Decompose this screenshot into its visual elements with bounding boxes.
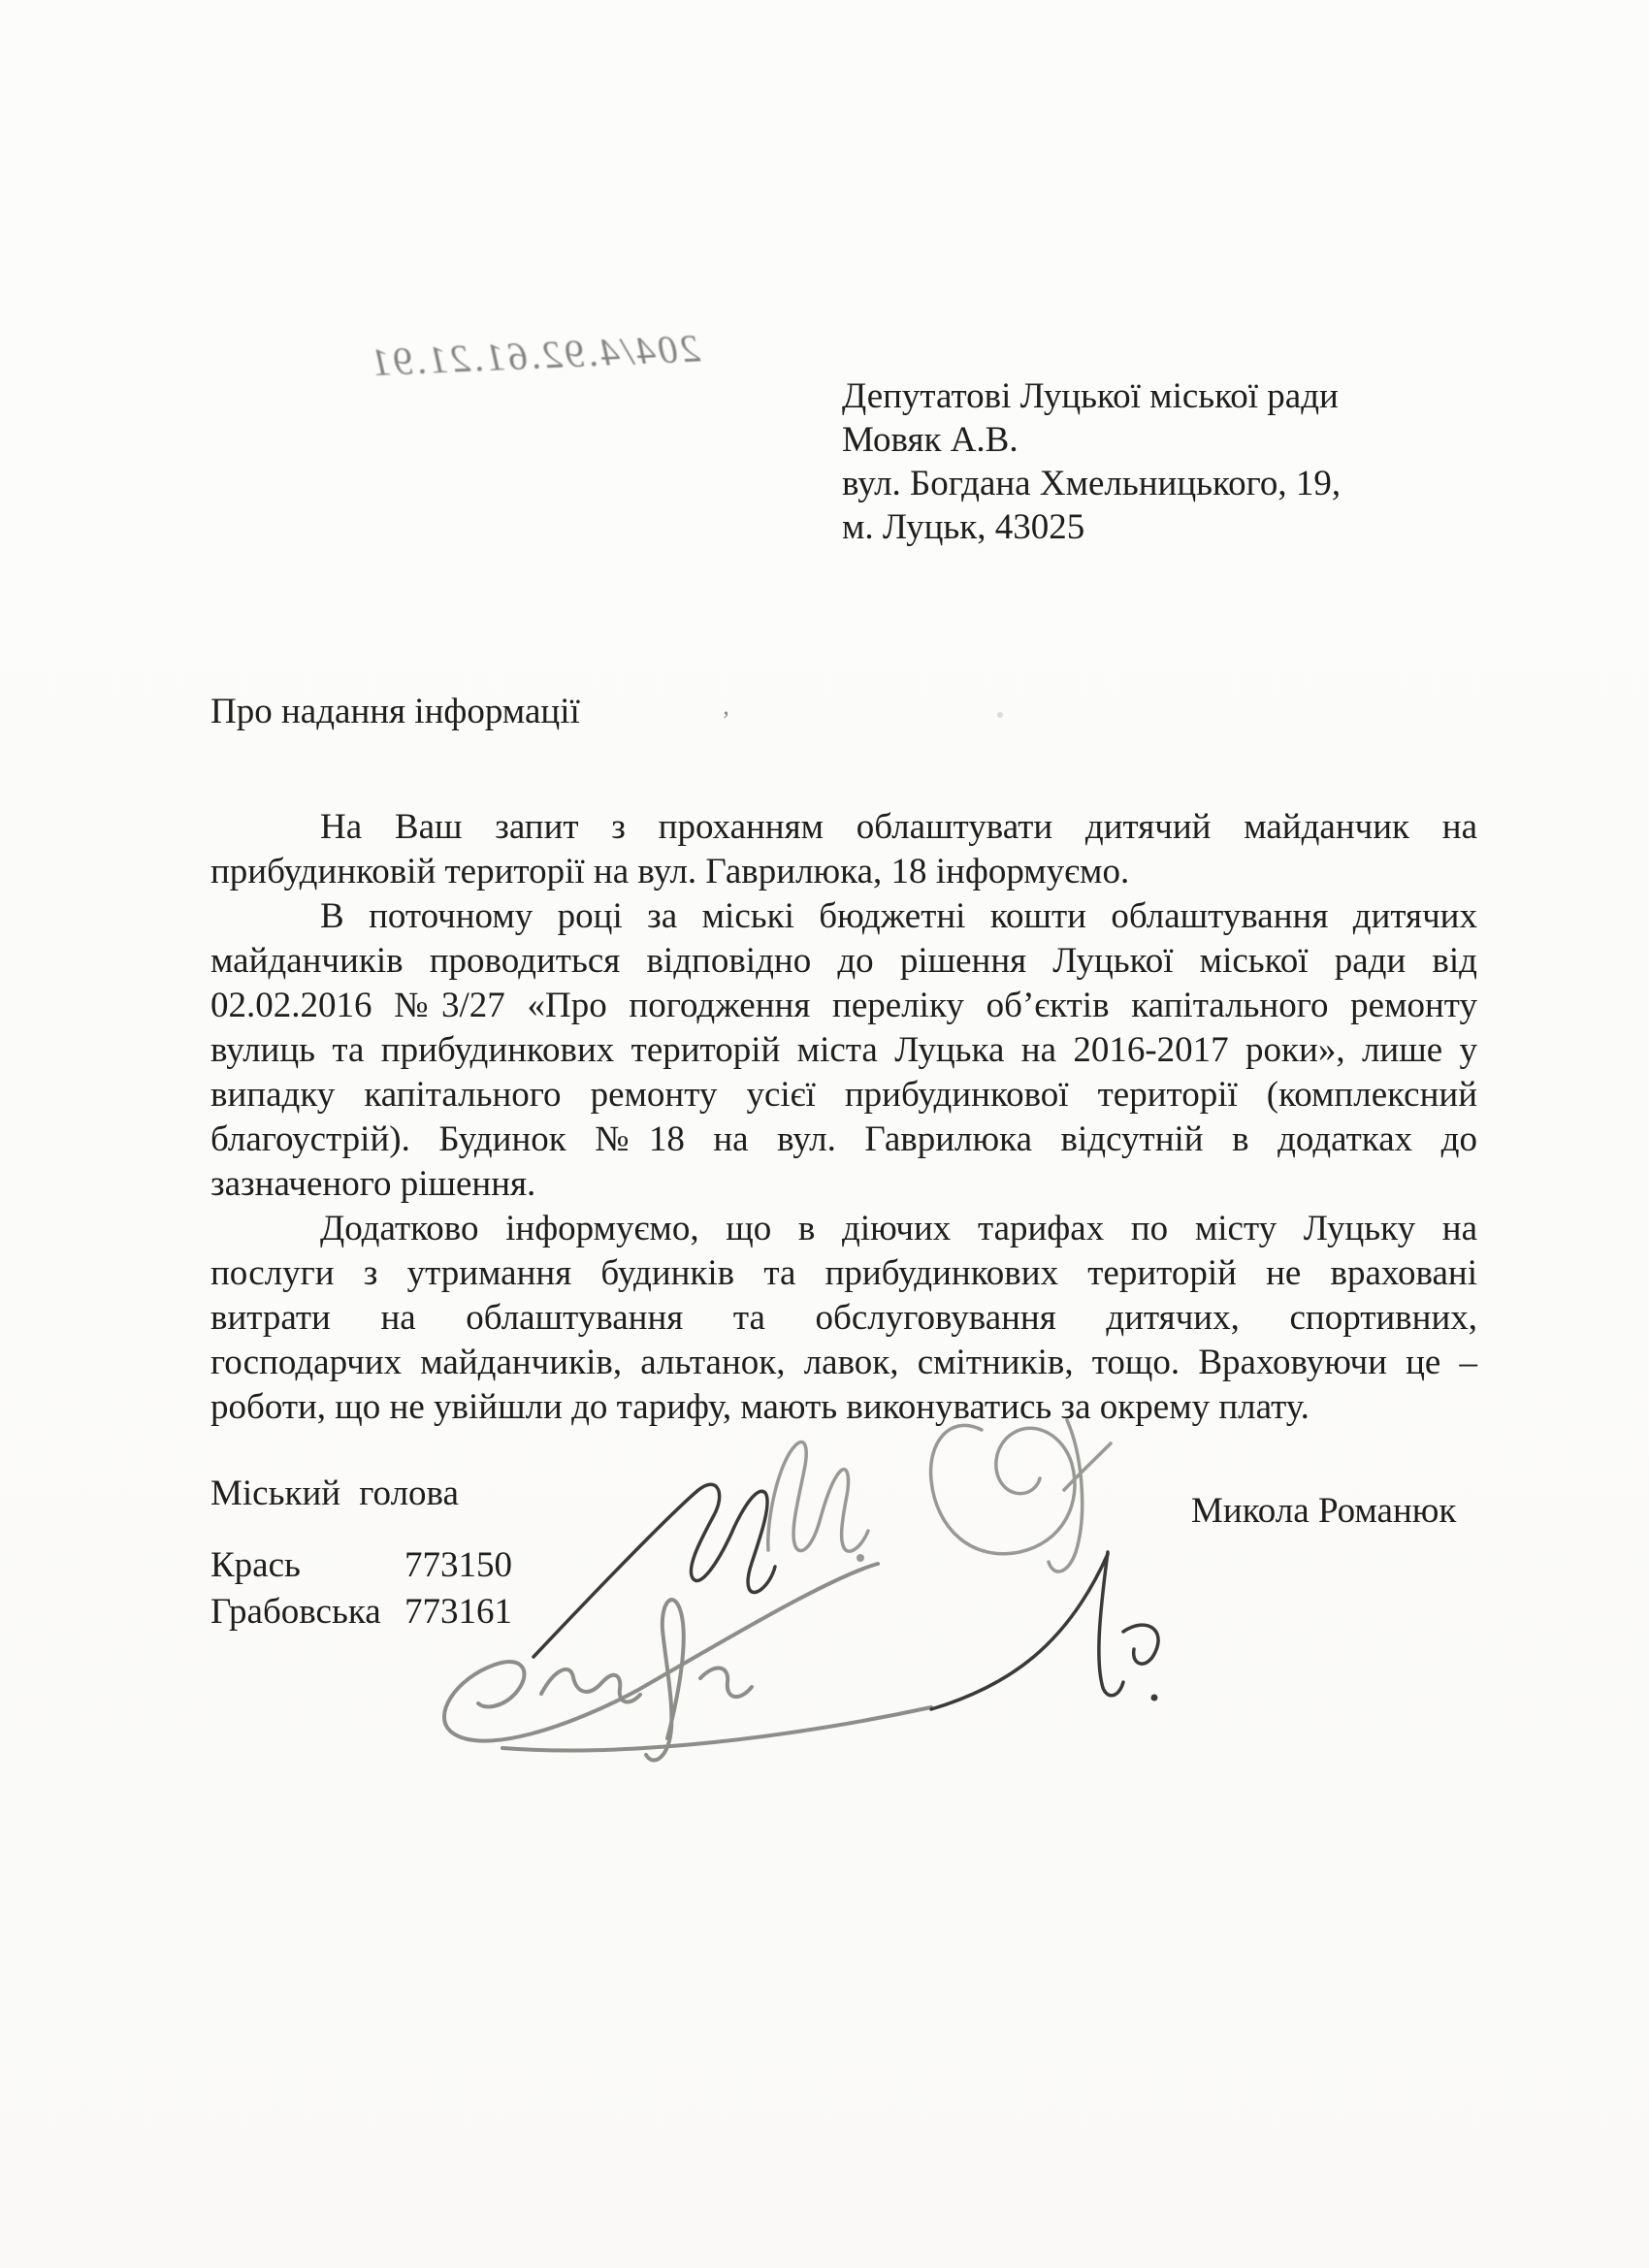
signature-pencil-flourish <box>931 1420 1111 1571</box>
body-line: 02.02.2016 №3/27 «Про погодження перелік… <box>210 984 1477 1028</box>
body-line: В поточному році за міські бюджетні кошт… <box>210 894 1477 939</box>
contact-name: Крась <box>210 1545 301 1585</box>
body-line: випадку капітального ремонту усієї прибу… <box>210 1073 1477 1118</box>
contact-row: Грабовська 773161 <box>210 1591 381 1633</box>
scan-speck <box>997 712 1003 718</box>
body-line: благоустрій). Будинок №18 на вул. Гаврил… <box>210 1118 1477 1162</box>
contact-row: Крась 773150 <box>210 1544 301 1586</box>
contact-name: Грабовська <box>210 1592 381 1632</box>
signature-pencil-initials <box>768 1442 868 1562</box>
letter-body: На Ваш запит з проханням облаштувати дит… <box>210 805 1477 1430</box>
recipient-line: Депутатові Луцької міської ради <box>842 374 1341 418</box>
body-line: зазначеного рішення. <box>210 1162 1477 1207</box>
recipient-block: Депутатові Луцької міської ради Мовяк А.… <box>842 374 1341 549</box>
recipient-line: Мовяк А.В. <box>842 418 1341 462</box>
signature-ink-flourish <box>931 1552 1158 1709</box>
body-line: господарчих майданчиків, альтанок, лавок… <box>210 1341 1477 1385</box>
recipient-line: вул. Богдана Хмельницького, 19, <box>842 462 1341 505</box>
body-line: послуги з утримання будинків та прибудин… <box>210 1251 1477 1296</box>
recipient-line: м. Луцьк, 43025 <box>842 505 1341 549</box>
body-line: Додатково інформуємо, що в діючих тарифа… <box>210 1207 1477 1251</box>
body-line: витрати на облаштування та обслуговуванн… <box>210 1296 1477 1341</box>
stray-pen-mark: ’ <box>722 706 730 735</box>
body-line: вулиць та прибудинкових територій міста … <box>210 1028 1477 1073</box>
handwritten-registration-note: 204/4.92.61.21.91 <box>311 325 701 387</box>
body-line: майданчиків проводиться відповідно до рі… <box>210 939 1477 984</box>
signatures-overlay <box>388 1387 1242 1775</box>
body-line: прибудинковій території на вул. Гаврилюк… <box>210 850 1477 894</box>
signature-pencil-large <box>444 1564 931 1761</box>
subject-line: Про надання інформації <box>210 691 580 732</box>
body-line: На Ваш запит з проханням облаштувати дит… <box>210 805 1477 850</box>
scanned-letter-page: 204/4.92.61.21.91 Депутатові Луцької міс… <box>0 0 1649 2268</box>
